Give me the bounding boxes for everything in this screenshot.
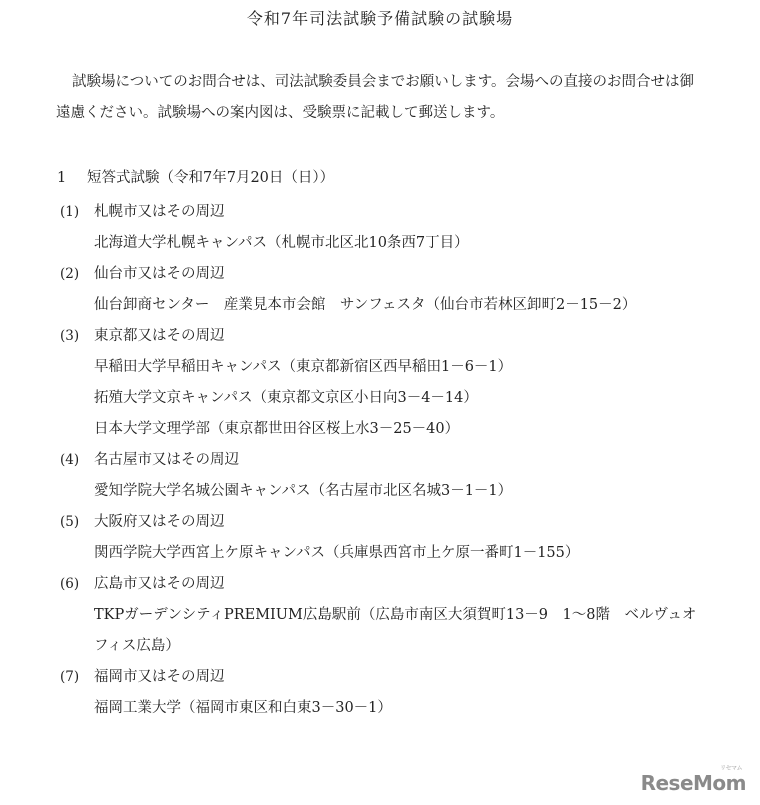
region-name: 札幌市又はその周辺 <box>94 197 225 228</box>
venue: 早稲田大学早稲田キャンパス（東京都新宿区西早稲田1－6－1） <box>60 352 720 383</box>
venue: 関西学院大学西宮上ケ原キャンパス（兵庫県西宮市上ケ原一番町1－155） <box>60 538 720 569</box>
region-name: 広島市又はその周辺 <box>94 569 225 600</box>
region-number: (7) <box>60 662 94 693</box>
region-number: (6) <box>60 569 94 600</box>
region-name: 大阪府又はその周辺 <box>94 507 225 538</box>
intro-text: 試験場についてのお問合せは、司法試験委員会までお願いします。会場への直接のお問合… <box>56 74 694 121</box>
venue: 福岡工業大学（福岡市東区和白東3－30－1） <box>60 693 720 724</box>
venue: 愛知学院大学名城公園キャンパス（名古屋市北区名城3－1－1） <box>60 476 720 507</box>
region-number: (3) <box>60 321 94 352</box>
region-name: 東京都又はその周辺 <box>94 321 225 352</box>
region-name: 名古屋市又はその周辺 <box>94 445 239 476</box>
logo-text: ReseMom <box>641 771 746 795</box>
intro-paragraph: 試験場についてのお問合せは、司法試験委員会までお願いします。会場への直接のお問合… <box>56 67 706 129</box>
venue: 北海道大学札幌キャンパス（札幌市北区北10条西7丁目） <box>60 228 720 259</box>
region-number: (1) <box>60 197 94 228</box>
venue: 日本大学文理学部（東京都世田谷区桜上水3－25－40） <box>60 414 720 445</box>
venue: TKPガーデンシティPREMIUM広島駅前（広島市南区大須賀町13－9 1～8階… <box>60 600 704 662</box>
venue-list: (1)札幌市又はその周辺 北海道大学札幌キャンパス（札幌市北区北10条西7丁目）… <box>60 197 720 724</box>
logo-kana: リセマム <box>720 763 742 772</box>
region-item: (3)東京都又はその周辺 早稲田大学早稲田キャンパス（東京都新宿区西早稲田1－6… <box>60 321 720 445</box>
region-number: (2) <box>60 259 94 290</box>
region-name: 福岡市又はその周辺 <box>94 662 225 693</box>
region-item: (7)福岡市又はその周辺 福岡工業大学（福岡市東区和白東3－30－1） <box>60 662 720 724</box>
region-item: (1)札幌市又はその周辺 北海道大学札幌キャンパス（札幌市北区北10条西7丁目） <box>60 197 720 259</box>
region-item: (6)広島市又はその周辺 TKPガーデンシティPREMIUM広島駅前（広島市南区… <box>60 569 720 662</box>
region-number: (5) <box>60 507 94 538</box>
region-item: (2)仙台市又はその周辺 仙台卸商センター 産業見本市会館 サンフェスタ（仙台市… <box>60 259 720 321</box>
region-item: (4)名古屋市又はその周辺 愛知学院大学名城公園キャンパス（名古屋市北区名城3－… <box>60 445 720 507</box>
region-item: (5)大阪府又はその周辺 関西学院大学西宮上ケ原キャンパス（兵庫県西宮市上ケ原一… <box>60 507 720 569</box>
document-title: 令和7年司法試験予備試験の試験場 <box>0 6 760 29</box>
venue: 仙台卸商センター 産業見本市会館 サンフェスタ（仙台市若林区卸町2－15－2） <box>60 290 720 321</box>
section-number: 1 <box>57 170 87 186</box>
venue: 拓殖大学文京キャンパス（東京都文京区小日向3－4－14） <box>60 383 720 414</box>
region-name: 仙台市又はその周辺 <box>94 259 225 290</box>
resemom-logo: ReseMom リセマム <box>641 771 746 795</box>
region-number: (4) <box>60 445 94 476</box>
section-title: 短答式試験（令和7年7月20日（日）） <box>87 170 334 186</box>
section-heading: 1短答式試験（令和7年7月20日（日）） <box>57 166 334 187</box>
